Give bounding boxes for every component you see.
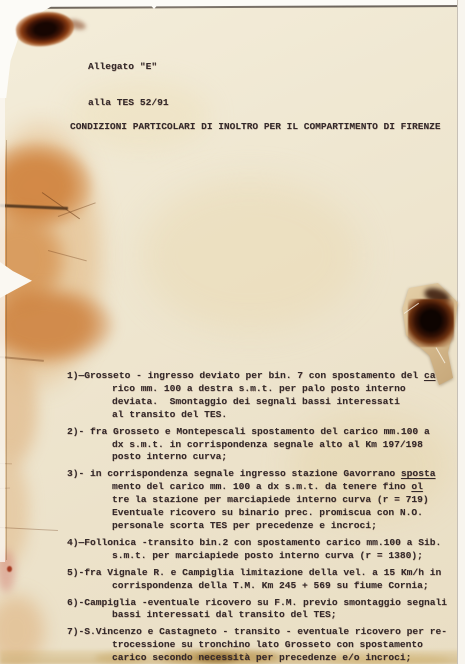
paper-crack bbox=[0, 204, 68, 210]
document-line: trocessione su tronchino lato Grosseto c… bbox=[112, 639, 459, 652]
document-line: carico secondo necessità per precedenze … bbox=[112, 652, 459, 664]
list-item: 3)- in corrispondenza segnale ingresso s… bbox=[67, 468, 459, 533]
paper-tone-blotch bbox=[140, 180, 360, 330]
document-line: 2)- fra Grosseto e Montepescali spostame… bbox=[67, 426, 459, 439]
stain-red-dot bbox=[7, 566, 12, 572]
document-line: s.m.t. per marciapiede posto interno cur… bbox=[112, 550, 459, 563]
scan-edge-left bbox=[0, 92, 5, 562]
paper-crack bbox=[0, 527, 58, 531]
text-segment: 7)-S.Vincenzo e Castagneto - transito - … bbox=[67, 626, 447, 637]
list-item: 5)-fra Vignale R. e Campiglia limitazion… bbox=[67, 567, 459, 593]
text-segment: 3)- in corrispondenza segnale ingresso s… bbox=[67, 468, 401, 479]
text-segment: posto interno curva; bbox=[112, 451, 227, 462]
list-item: 4)—Follonica -transito bin.2 con spostam… bbox=[67, 537, 459, 563]
text-segment: al transito del TES. bbox=[112, 409, 227, 420]
document-line: 1)—Grosseto - ingresso deviato per bin. … bbox=[67, 370, 459, 383]
document-line: 3)- in corrispondenza segnale ingresso s… bbox=[67, 468, 459, 481]
list-item: 1)—Grosseto - ingresso deviato per bin. … bbox=[67, 370, 459, 422]
document-line: tre la stazione per marciapiede interno … bbox=[112, 494, 459, 507]
text-segment: deviata. Smontaggio dei segnali bassi in… bbox=[112, 396, 400, 407]
document-line: dx s.m.t. in corrispondenza segnale alto… bbox=[112, 439, 459, 452]
scanned-paper: Allegato "E" alla TES 52/91 CONDIZIONI P… bbox=[0, 0, 465, 664]
document-line: al transito del TES. bbox=[112, 409, 459, 422]
stain-left-lower bbox=[0, 286, 113, 364]
text-segment: carico secondo necessità per precedenze … bbox=[112, 652, 411, 663]
text-segment: 6)-Campiglia -eventuale ricovero su F.M.… bbox=[67, 597, 447, 608]
text-segment: trocessione su tronchino lato Grosseto c… bbox=[112, 639, 423, 650]
list-item: 7)-S.Vincenzo e Castagneto - transito - … bbox=[67, 626, 459, 664]
text-segment: rico mm. 100 a destra s.m.t. per palo po… bbox=[112, 383, 406, 394]
text-segment: 1)—Grosseto - ingresso deviato per bin. … bbox=[67, 370, 424, 381]
text-segment: s.m.t. per marciapiede posto interno cur… bbox=[112, 550, 423, 561]
list-item: 6)-Campiglia -eventuale ricovero su F.M.… bbox=[67, 597, 459, 623]
text-segment: personale scorta TES per precedenze e in… bbox=[112, 520, 377, 531]
document-line: Eventuale ricovero su binario prec. prom… bbox=[112, 507, 459, 520]
text-segment: 5)-fra Vignale R. e Campiglia limitazion… bbox=[67, 567, 441, 578]
document-line: 5)-fra Vignale R. e Campiglia limitazion… bbox=[67, 567, 459, 580]
document-line: 7)-S.Vincenzo e Castagneto - transito - … bbox=[67, 626, 459, 639]
reference-line: alla TES 52/91 bbox=[88, 97, 169, 108]
paper-crack bbox=[48, 250, 87, 261]
stain-left-upper bbox=[0, 142, 92, 230]
stain-left-wash bbox=[0, 120, 105, 390]
document-line: mento del carico mm. 100 a dx s.m.t. da … bbox=[112, 481, 459, 494]
stain-left-mid bbox=[0, 210, 68, 310]
paper-crack bbox=[58, 202, 96, 217]
text-segment: bassi interessati dal transito del TES; bbox=[112, 609, 337, 620]
text-segment: dx s.m.t. in corrispondenza segnale alto… bbox=[112, 439, 423, 450]
document-line: corrispondenza della T.M. Km 245 + 569 s… bbox=[112, 580, 459, 593]
text-segment: 4)—Follonica -transito bin.2 con spostam… bbox=[67, 537, 441, 548]
document-line: deviata. Smontaggio dei segnali bassi in… bbox=[112, 396, 459, 409]
annex-label: Allegato "E" bbox=[88, 61, 157, 72]
text-segment: 2)- fra Grosseto e Montepescali spostame… bbox=[67, 426, 430, 437]
text-segment: Eventuale ricovero su binario prec. prom… bbox=[112, 507, 423, 518]
burn-patch-right bbox=[402, 283, 460, 385]
underlined-text: ol bbox=[411, 481, 423, 492]
text-segment: corrispondenza della T.M. Km 245 + 569 s… bbox=[112, 580, 429, 591]
list-item: 2)- fra Grosseto e Montepescali spostame… bbox=[67, 426, 459, 465]
document-line: bassi interessati dal transito del TES; bbox=[112, 609, 459, 622]
text-segment: tre la stazione per marciapiede interno … bbox=[112, 494, 429, 505]
inoltro-list: 1)—Grosseto - ingresso deviato per bin. … bbox=[67, 370, 459, 664]
document-line: personale scorta TES per precedenze e in… bbox=[112, 520, 459, 533]
underlined-text: sposta bbox=[401, 468, 436, 479]
page-title: CONDIZIONI PARTICOLARI DI INOLTRO PER IL… bbox=[70, 121, 441, 132]
document-line: posto interno curva; bbox=[112, 451, 459, 464]
document-line: 6)-Campiglia -eventuale ricovero su F.M.… bbox=[67, 597, 459, 610]
torn-notch-left bbox=[0, 262, 32, 298]
paper-left-edge-line bbox=[6, 140, 7, 560]
paper-crack bbox=[42, 192, 80, 219]
paper-tone-blotch bbox=[70, 80, 210, 150]
document-line: 4)—Follonica -transito bin.2 con spostam… bbox=[67, 537, 459, 550]
text-segment: mento del carico mm. 100 a dx s.m.t. da … bbox=[112, 481, 411, 492]
